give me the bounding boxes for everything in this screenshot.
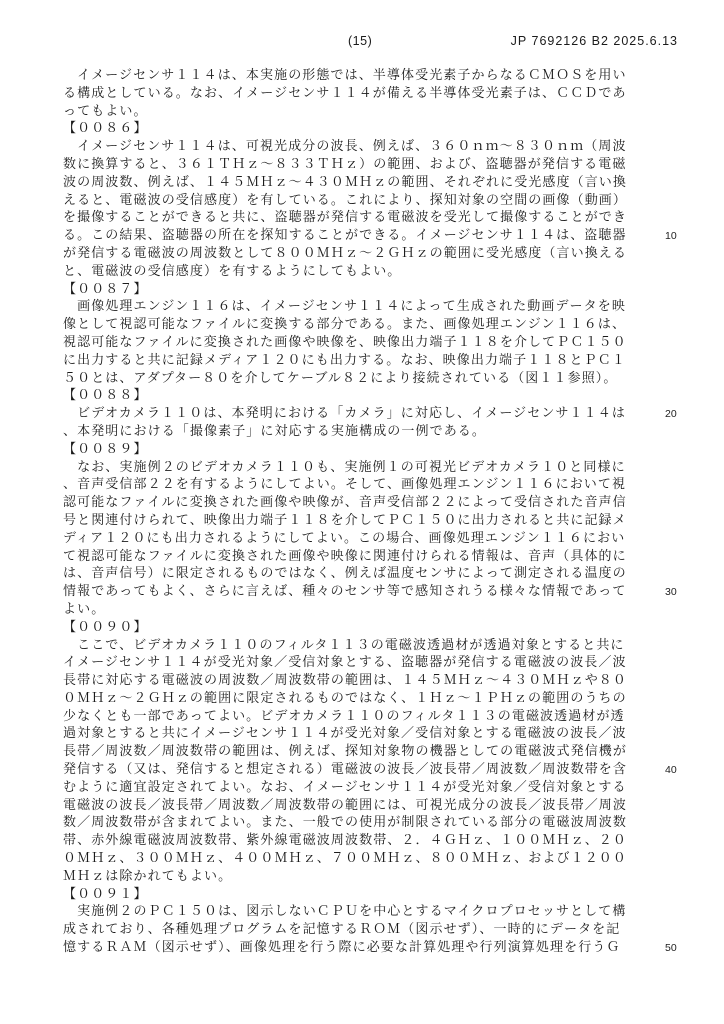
text-line: 、本発明における「撮像素子」に対応する実施構成の一例である。 <box>63 422 663 440</box>
text-line: 実施例２のＰＣ１５０は、図示しないＣＰＵを中心とするマイクロプロセッサとして構 <box>63 902 663 920</box>
document-id: JP 7692126 B2 2025.6.13 <box>511 34 678 48</box>
patent-document-page: (15) JP 7692126 B2 2025.6.13 イメージセンサ１１４は… <box>0 0 724 1024</box>
text-line: ０ＭＨｚ、３００ＭＨｚ、４００ＭＨｚ、７００ＭＨｚ、８００ＭＨｚ、および１２００ <box>63 849 663 867</box>
text-line: が発信する電磁波の周波数として８００ＭＨｚ～２ＧＨｚの範囲に受光感度（言い換える <box>63 244 663 262</box>
margin-line-number: 30 <box>665 587 677 598</box>
text-line: 【００８６】 <box>63 119 663 137</box>
text-line: 【００８７】 <box>63 280 663 298</box>
text-line: 電磁波の波長／波長帯／周波数／周波数帯の範囲には、可視光成分の波長／波長帯／周波 <box>63 796 663 814</box>
margin-line-number: 20 <box>665 409 677 420</box>
text-line: は、音声信号）に限定されるものではなく、例えば温度センサによって測定される温度の <box>63 564 663 582</box>
text-line: イメージセンサ１１４が受光対象／受信対象とする、盗聴器が発信する電磁波の波長／波 <box>63 653 663 671</box>
text-line: 数に換算すると、３６１ＴＨｚ～８３３ＴＨｚ）の範囲、および、盗聴器が発信する電磁 <box>63 155 663 173</box>
text-line: 発信する（又は、発信すると想定される）電磁波の波長／波長帯／周波数／周波数帯を含 <box>63 760 663 778</box>
text-line: ５０とは、アダプター８０を介してケーブル８２により接続されている（図１１参照）。 <box>63 369 663 387</box>
text-line: て視認可能なファイルに変換された画像や映像に関連付けられる情報は、音声（具体的に <box>63 547 663 565</box>
text-line: 少なくとも一部であってよい。ビデオカメラ１１０のフィルタ１１３の電磁波透過材が透 <box>63 707 663 725</box>
text-line: えると、電磁波の受信感度）を有している。これにより、探知対象の空間の画像（動画） <box>63 191 663 209</box>
margin-line-number: 40 <box>665 765 677 776</box>
text-line: よい。 <box>63 600 663 618</box>
text-line: ここで、ビデオカメラ１１０のフィルタ１１３の電磁波透過材が透過対象とすると共に <box>63 636 663 654</box>
margin-line-number: 10 <box>665 231 677 242</box>
text-line: ビデオカメラ１１０は、本発明における「カメラ」に対応し、イメージセンサ１１４は <box>63 404 663 422</box>
text-line: に出力すると共に記録メディア１２０にも出力する。なお、映像出力端子１１８とＰＣ１ <box>63 351 663 369</box>
text-line: 憶するＲＡＭ（図示せず）、画像処理を行う際に必要な計算処理や行列演算処理を行うＧ <box>63 938 663 956</box>
text-line: 長帯／周波数／周波数帯の範囲は、例えば、探知対象物の機器としての電磁波式発信機が <box>63 742 663 760</box>
text-line: イメージセンサ１１４は、可視光成分の波長、例えば、３６０ｎｍ～８３０ｎｍ（周波 <box>63 137 663 155</box>
text-line: ってもよい。 <box>63 102 663 120</box>
text-line: なお、実施例２のビデオカメラ１１０も、実施例１の可視光ビデオカメラ１０と同様に <box>63 458 663 476</box>
text-line: イメージセンサ１１４は、本実施の形態では、半導体受光素子からなるＣＭＯＳを用い <box>63 66 663 84</box>
text-line: 【００９０】 <box>63 618 663 636</box>
text-line: 長帯に対応する電磁波の周波数／周波数帯の範囲は、１４５ＭＨｚ～４３０ＭＨｚや８０ <box>63 671 663 689</box>
page-number: (15) <box>348 34 372 48</box>
text-line: 成されており、各種処理プログラムを記憶するＲＯＭ（図示せず）、一時的にデータを記 <box>63 920 663 938</box>
text-line: 像として視認可能なファイルに変換する部分である。また、画像処理エンジン１１６は、 <box>63 315 663 333</box>
text-line: 過対象とすると共にイメージセンサ１１４が受光対象／受信対象とする電磁波の波長／波 <box>63 724 663 742</box>
text-line: 視認可能なファイルに変換された画像や映像を、映像出力端子１１８を介してＰＣ１５０ <box>63 333 663 351</box>
text-line: 帯、赤外線電磁波周波数帯、紫外線電磁波周波数帯、２．４ＧＨｚ、１００ＭＨｚ、２０ <box>63 831 663 849</box>
text-line: ＭＨｚは除かれてもよい。 <box>63 867 663 885</box>
text-line: を撮像することができると共に、盗聴器が発信する電磁波を受光して撮像することができ <box>63 208 663 226</box>
text-line: 号と関連付けられて、映像出力端子１１８を介してＰＣ１５０に出力されると共に記録メ <box>63 511 663 529</box>
margin-line-number: 50 <box>665 943 677 954</box>
text-line: 数／周波数帯が含まれてよい。また、一般での使用が制限されている部分の電磁波周波数 <box>63 813 663 831</box>
text-line: 認可能なファイルに変換された画像や映像が、音声受信部２２によって受信された音声信 <box>63 493 663 511</box>
text-line: 【００９１】 <box>63 885 663 903</box>
text-line: と、電磁波の受信感度）を有するようにしてもよい。 <box>63 262 663 280</box>
text-line: 、音声受信部２２を有するようにしてよい。そして、画像処理エンジン１１６において視 <box>63 475 663 493</box>
document-body-text: イメージセンサ１１４は、本実施の形態では、半導体受光素子からなるＣＭＯＳを用いる… <box>63 66 663 956</box>
text-line: むように適宜設定されてよい。なお、イメージセンサ１１４が受光対象／受信対象とする <box>63 778 663 796</box>
text-line: 画像処理エンジン１１６は、イメージセンサ１１４によって生成された動画データを映 <box>63 297 663 315</box>
text-line: 【００８８】 <box>63 386 663 404</box>
text-line: ディア１２０にも出力されるようにしてよい。この場合、画像処理エンジン１１６におい <box>63 529 663 547</box>
text-line: る構成としている。なお、イメージセンサ１１４が備える半導体受光素子は、ＣＣＤであ <box>63 84 663 102</box>
text-line: 【００８９】 <box>63 440 663 458</box>
text-line: ０ＭＨｚ～２ＧＨｚの範囲に限定されるものではなく、１Ｈｚ～１ＰＨｚの範囲のうちの <box>63 689 663 707</box>
text-line: 情報であってもよく、さらに言えば、種々のセンサ等で感知されうる様々な情報であって <box>63 582 663 600</box>
text-line: 波の周波数、例えば、１４５ＭＨｚ～４３０ＭＨｚの範囲、それぞれに受光感度（言い換 <box>63 173 663 191</box>
text-line: る。この結果、盗聴器の所在を探知することができる。イメージセンサ１１４は、盗聴器 <box>63 226 663 244</box>
